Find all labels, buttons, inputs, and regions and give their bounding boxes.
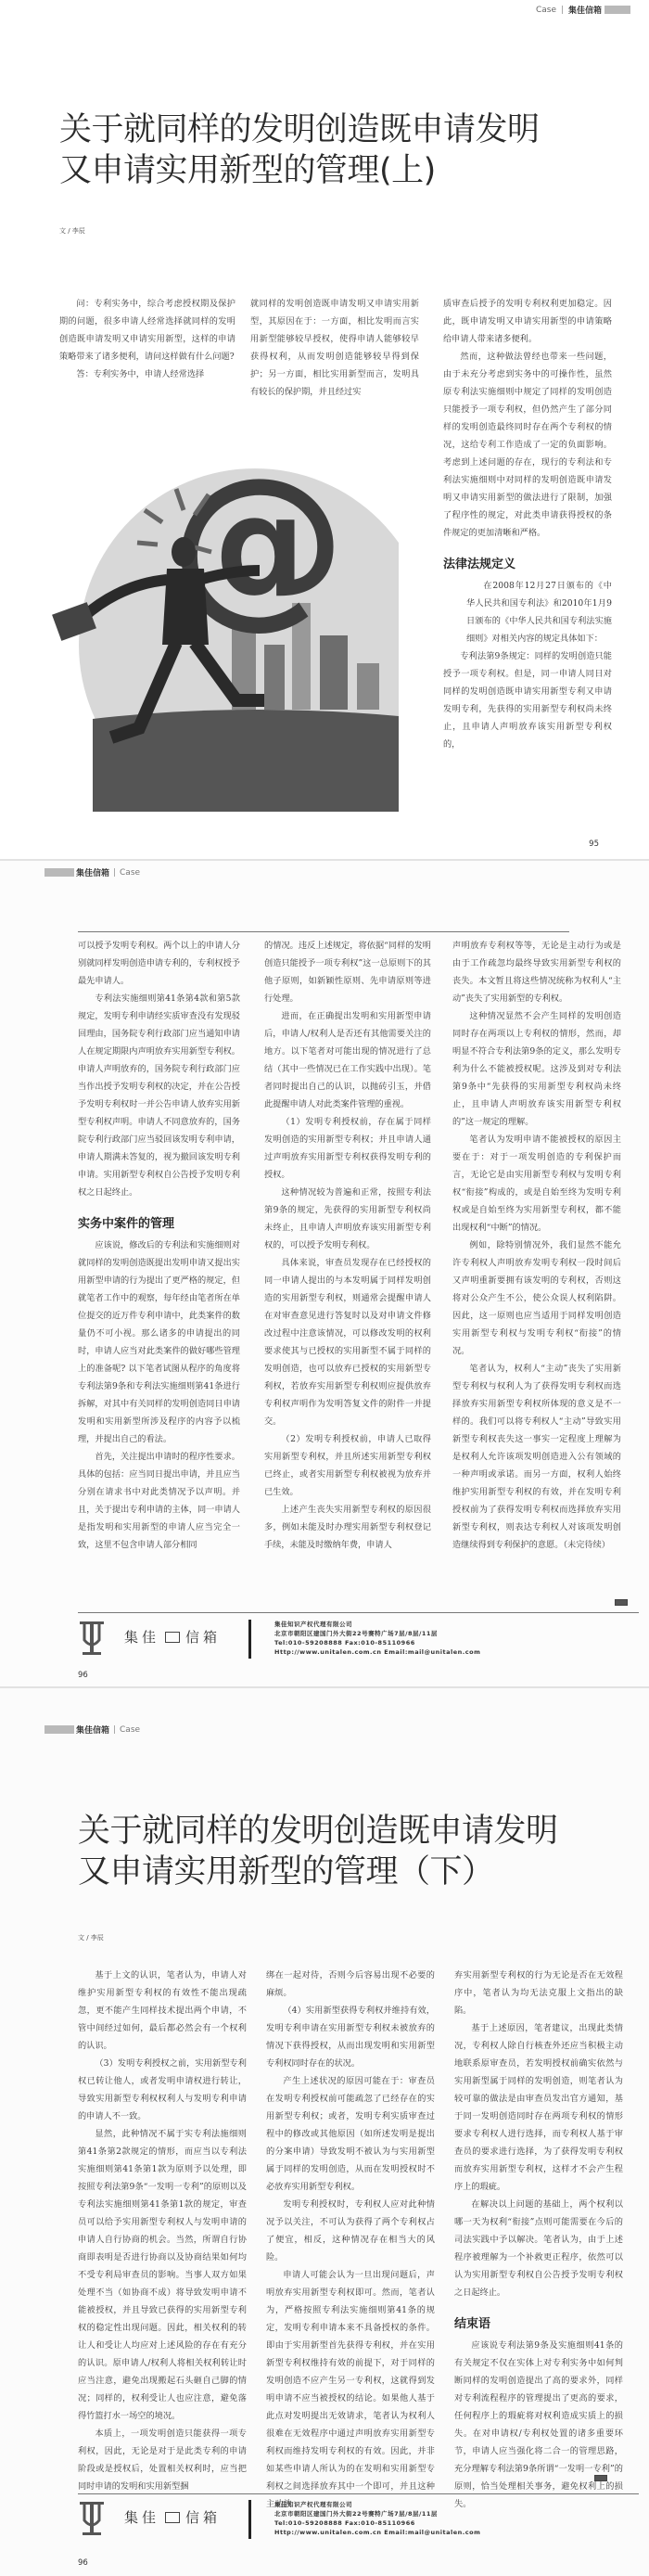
paragraph: 应该说，修改后的专利法和实施细则对就同样的发明创造既提出发明申请又提出实用新型申… <box>78 1237 240 1448</box>
column-2: 的情况。违反上述规定，将依据“同样的发明创造只能授予一项专利权”这一总原则下的其… <box>264 937 431 1554</box>
paragraph: 应该说专利法第9条及实施细则41条的有关规定不仅在实体上对专利实务中如何判断同样… <box>454 2337 623 2513</box>
byline: 文 / 李辰 <box>78 1933 104 1942</box>
paragraph: 专利法实施细则第41条第4款和第5款规定，发明专利申请经实质审查没有发现驳回理由… <box>78 990 240 1201</box>
column-1: 可以授予发明专利权。两个以上的申请人分别就同样发明创造申请专利的，专利权授予最先… <box>78 937 240 1554</box>
article-title: 关于就同样的发明创造既申请发明 又申请实用新型的管理（下） <box>78 1811 558 1892</box>
column-2: 就同样的发明创造既申请发明又申请实用新型，其原因在于：一方面，相比发明而言实用新… <box>250 295 419 401</box>
section-label-cn: 集佳信箱 <box>76 1724 109 1736</box>
paragraph: （1）发明专利授权前，存在属于同样发明创造的实用新型专利权；并且申请人通过声明放… <box>264 1113 431 1184</box>
paragraph: （2）发明专利授权前，申请人已取得实用新型专利权，并且所述实用新型专利权已终止，… <box>264 1430 431 1501</box>
section-heading-law: 法律法规定义 <box>443 555 612 575</box>
paragraph: 在解决以上问题的基础上，两个权利以哪一天为权利“衔接”点则可能需要在今后的司法实… <box>454 2196 623 2301</box>
paragraph: 答：专利实务中，申请人经常选择 <box>59 365 235 383</box>
page-number: 96 <box>78 2558 88 2568</box>
footer-banner: 集佳 信箱 集佳知识产权代理有限公司 北京市朝阳区建国门外大街22号赛特广场7层… <box>45 2500 564 2546</box>
footer-rule <box>78 1612 639 1613</box>
column-2: 绑在一起对待，否则今后容易出现不必要的麻烦。 （4）实用新型获得专利权并维持有效… <box>266 1967 435 2513</box>
paragraph: 具体来说，审查员发现存在已经授权的同一申请人提出的与本发明属于同样发明创造的实用… <box>264 1254 431 1430</box>
paragraph: 显然，此种情况不属于实专利法施细则第41条第2款规定的情形，而应当以专利法实施细… <box>78 2125 247 2425</box>
company-name: 集佳知识产权代理有限公司 <box>274 2500 480 2509</box>
footer-brand: 集佳 信箱 <box>124 2507 221 2527</box>
brand-text-2: 信箱 <box>185 1627 221 1647</box>
company-web-email: Http://www.unitalen.com.cn Email:mail@un… <box>274 1647 480 1657</box>
title-line-2: 又申请实用新型的管理（下） <box>78 1852 558 1892</box>
section-label-en: Case <box>120 868 140 878</box>
company-address: 北京市朝阳区建国门外大街22号赛特广场7层/8层/11层 <box>274 1629 480 1638</box>
unitalen-logo-icon <box>78 1620 106 1657</box>
paragraph: 可以授予发明专利权。两个以上的申请人分别就同样发明创造申请专利的，专利权授予最先… <box>78 937 240 990</box>
header-divider <box>562 6 563 14</box>
footer-brand: 集佳 信箱 <box>124 1627 221 1647</box>
company-tel-fax: Tel:010-59208888 Fax:010-85110966 <box>274 1638 480 1647</box>
header-tab-block <box>45 868 74 877</box>
article-title: 关于就同样的发明创造既申请发明 又申请实用新型的管理(上) <box>59 109 540 191</box>
paragraph: 例如，除特别情况外，我们显然不能允许专利权人声明放弃发明专利权一段时间后又声明重… <box>452 1237 621 1360</box>
title-line-2: 又申请实用新型的管理(上) <box>59 150 540 191</box>
end-mark-icon <box>615 1599 628 1606</box>
paragraph: 在2008年12月27日颁布的《中华人民共和国专利法》和2010年1月9日颁布的… <box>443 577 612 647</box>
paragraph: 产生上述状况的原因可能在于：审查员在发明专利授权前可能疏忽了已经存在的实用新型专… <box>266 2072 435 2196</box>
top-rule <box>78 931 569 932</box>
paragraph: 笔者认为发明申请不能被授权的原因主要在于：对于一项发明创造的专利保护而言，无论它… <box>452 1131 621 1237</box>
header-divider <box>114 1725 115 1734</box>
paragraph: 质审查后授予的发明专利权利更加稳定。因此，既申请发明又申请实用新型的申请策略给申… <box>443 295 612 348</box>
paragraph: 笔者认为，权利人“主动”丧失了实用新型专利权与权利人为了获得发明专利权而选择放弃… <box>452 1360 621 1554</box>
businessman-at-symbol-illustration: @ <box>37 422 399 812</box>
paragraph: 进而，在正确提出发明和实用新型申请后，申请人/权利人是否还有其他需要关注的地方。… <box>264 1007 431 1113</box>
footer-divider <box>248 1620 251 1659</box>
company-name: 集佳知识产权代理有限公司 <box>274 1620 480 1629</box>
page-number: 95 <box>589 839 599 849</box>
section-label-cn: 集佳信箱 <box>568 4 602 16</box>
running-header: 集佳信箱 Case <box>45 866 140 878</box>
column-1: 问：专利实务中，综合考虑授权期及保护期的问题，很多申请人经常选择就同样的发明创造… <box>59 295 235 383</box>
paragraph: 声明放弃专利权等等，无论是主动行为或是由于工作疏忽均最终导致实用新型专利权的丧失… <box>452 937 621 1007</box>
page-96-first: 集佳信箱 Case 可以授予发明专利权。两个以上的申请人分别就同样发明创造申请专… <box>0 861 649 1688</box>
paragraph: 绑在一起对待，否则今后容易出现不必要的麻烦。 <box>266 1967 435 2002</box>
title-line-1: 关于就同样的发明创造既申请发明 <box>78 1811 558 1852</box>
company-tel-fax: Tel:010-59208888 Fax:010-85110966 <box>274 2518 480 2528</box>
end-mark-icon <box>594 2475 607 2481</box>
paragraph: 就同样的发明创造既申请发明又申请实用新型，其原因在于：一方面，相比发明而言实用新… <box>250 295 419 401</box>
column-3: 弃实用新型专利权的行为无论是否在无效程序中，笔者认为均无法克服上文指出的缺陷。 … <box>454 1967 623 2513</box>
paragraph: 问：专利实务中，综合考虑授权期及保护期的问题，很多申请人经常选择就同样的发明创造… <box>59 295 235 365</box>
paragraph: 基于上述原因，笔者建议，出现此类情况，专利权人除自行核查外还应当积极主动地联系原… <box>454 2019 623 2196</box>
running-header: 集佳信箱 Case <box>45 1724 140 1736</box>
paragraph: 基于上文的认识，笔者认为，申请人对维护实用新型专利权的有效性不能出现疏忽，更不能… <box>78 1967 247 2055</box>
company-address: 北京市朝阳区建国门外大街22号赛特广场7层/8层/11层 <box>274 2509 480 2518</box>
page-96-second: 集佳信箱 Case 关于就同样的发明创造既申请发明 又申请实用新型的管理（下） … <box>0 1688 649 2576</box>
page-number: 96 <box>78 1671 88 1680</box>
brand-text: 集佳 <box>124 2507 159 2527</box>
section-heading-conclusion: 结束语 <box>454 2314 623 2335</box>
byline: 文 / 李辰 <box>59 226 85 236</box>
paragraph: 首先，关注提出申请时的程序性要求。具体的包括：应当同日提出申请，并且应当分别在请… <box>78 1448 240 1554</box>
paragraph: （3）发明专利授权之前，实用新型专利权已转让他人，或者发明申请权进行转让，导致实… <box>78 2055 247 2125</box>
section-label-cn: 集佳信箱 <box>76 866 109 878</box>
footer-contact: 集佳知识产权代理有限公司 北京市朝阳区建国门外大街22号赛特广场7层/8层/11… <box>274 2500 480 2537</box>
header-tab-block <box>604 6 630 14</box>
footer-banner: 集佳 信箱 集佳知识产权代理有限公司 北京市朝阳区建国门外大街22号赛特广场7层… <box>45 1620 564 1666</box>
brand-text: 集佳 <box>124 1627 159 1647</box>
column-1: 基于上文的认识，笔者认为，申请人对维护实用新型专利权的有效性不能出现疏忽，更不能… <box>78 1967 247 2495</box>
column-3: 声明放弃专利权等等，无论是主动行为或是由于工作疏忽均最终导致实用新型专利权的丧失… <box>452 937 621 1554</box>
company-web-email: Http://www.unitalen.com.cn Email:mail@un… <box>274 2528 480 2537</box>
paragraph: 发明专利授权时，专利权人应对此种情况予以关注，不可认为获得了两个专利权占了便宜，… <box>266 2196 435 2266</box>
paragraph: 这种情况显然不会产生同样的发明创造同时存在两项以上专利权的情形，然而，却明显不符… <box>452 1007 621 1131</box>
footer-divider <box>248 2500 251 2539</box>
paragraph: 然而，这种做法曾经也带来一些问题，由于未充分考虑到实务中的可操作性，虽然原专利法… <box>443 348 612 542</box>
header-divider <box>114 868 115 877</box>
paragraph: 上述产生丧失实用新型专利权的原因很多，例如未能及时办理实用新型专利权登记手续，未… <box>264 1501 431 1554</box>
paragraph: 这种情况较为普遍和正常，按照专利法第9条的规定，先获得的实用新型专利权尚未终止，… <box>264 1184 431 1254</box>
running-header: Case 集佳信箱 <box>536 4 630 16</box>
footer-rule <box>78 2493 639 2494</box>
paragraph: 本质上，一项发明创造只能获得一项专利权，因此，无论是对于是此类专利的申请阶段或是… <box>78 2425 247 2495</box>
title-line-1: 关于就同样的发明创造既申请发明 <box>59 109 540 150</box>
envelope-icon <box>165 2512 180 2523</box>
brand-text-2: 信箱 <box>185 2507 221 2527</box>
paragraph: 专利法第9条规定：同样的发明创造只能授予一项专利权。但是，同一申请人同日对同样的… <box>443 647 612 753</box>
column-3: 质审查后授予的发明专利权利更加稳定。因此，既申请发明又申请实用新型的申请策略给申… <box>443 295 612 753</box>
page-95: Case 集佳信箱 关于就同样的发明创造既申请发明 又申请实用新型的管理(上) … <box>0 0 649 861</box>
section-label-en: Case <box>120 1725 140 1735</box>
unitalen-logo-icon <box>78 2500 106 2537</box>
paragraph: 的情况。违反上述规定，将依据“同样的发明创造只能授予一项专利权”这一总原则下的其… <box>264 937 431 1007</box>
header-tab-block <box>45 1725 74 1734</box>
paragraph: 申请人可能会认为一旦出现问题后，声明放弃实用新型专利权即可。然而，笔者认为，严格… <box>266 2266 435 2513</box>
envelope-icon <box>165 1632 180 1643</box>
footer-contact: 集佳知识产权代理有限公司 北京市朝阳区建国门外大街22号赛特广场7层/8层/11… <box>274 1620 480 1657</box>
section-label-en: Case <box>536 6 556 15</box>
section-heading-cases: 实务中案件的管理 <box>78 1214 240 1235</box>
paragraph: 弃实用新型专利权的行为无论是否在无效程序中，笔者认为均无法克服上文指出的缺陷。 <box>454 1967 623 2019</box>
paragraph: （4）实用新型获得专利权并维持有效，发明专利申请在实用新型专利权未被放弃的情况下… <box>266 2002 435 2072</box>
